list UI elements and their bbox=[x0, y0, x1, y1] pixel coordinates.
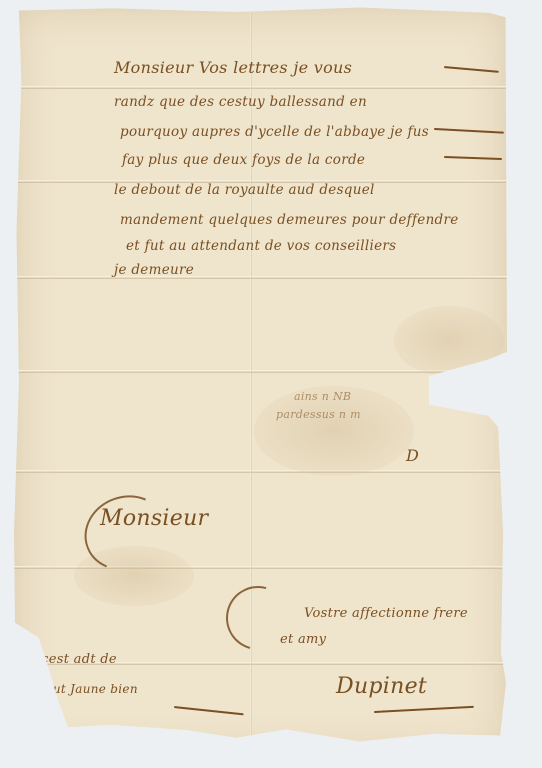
pen-stroke bbox=[174, 706, 244, 715]
signature-underline bbox=[374, 706, 474, 713]
pen-stroke bbox=[444, 66, 499, 73]
margin-note: ains n NB bbox=[294, 390, 351, 403]
pen-stroke bbox=[444, 156, 502, 160]
letter-line-6: mandement quelques demeures pour deffend… bbox=[120, 212, 459, 228]
letter-line-1: Monsieur Vos lettres je vous bbox=[114, 58, 352, 77]
fold-line bbox=[14, 86, 508, 89]
fold-line bbox=[14, 276, 508, 279]
signature-line-1: Vostre affectionne frere bbox=[304, 606, 468, 621]
pen-stroke bbox=[434, 128, 504, 134]
manuscript-page: Monsieur Vos lettres je vous randz que d… bbox=[14, 6, 508, 758]
letter-line-2: randz que des cestuy ballessand en bbox=[114, 94, 367, 110]
letter-line-3: pourquoy aupres d'ycelle de l'abbaye je … bbox=[120, 124, 429, 140]
margin-note: pardessus n m bbox=[276, 408, 361, 421]
signature-flourish bbox=[214, 574, 301, 661]
signature-name: Dupinet bbox=[336, 674, 427, 699]
fold-line bbox=[14, 470, 508, 473]
paper-stain bbox=[394, 306, 504, 376]
left-note-2: debout Jaune bien bbox=[22, 682, 138, 696]
letter-line-5: le debout de la royaulte aud desquel bbox=[114, 182, 375, 198]
letter-line-7: et fut au attendant de vos conseilliers bbox=[126, 238, 396, 254]
signature-line-2: et amy bbox=[280, 632, 326, 647]
left-note-1: De cest adt de bbox=[18, 652, 117, 667]
letter-line-8: je demeure bbox=[114, 262, 194, 278]
letter-line-4: fay plus que deux foys de la corde bbox=[122, 152, 365, 168]
margin-note: D bbox=[406, 446, 419, 465]
